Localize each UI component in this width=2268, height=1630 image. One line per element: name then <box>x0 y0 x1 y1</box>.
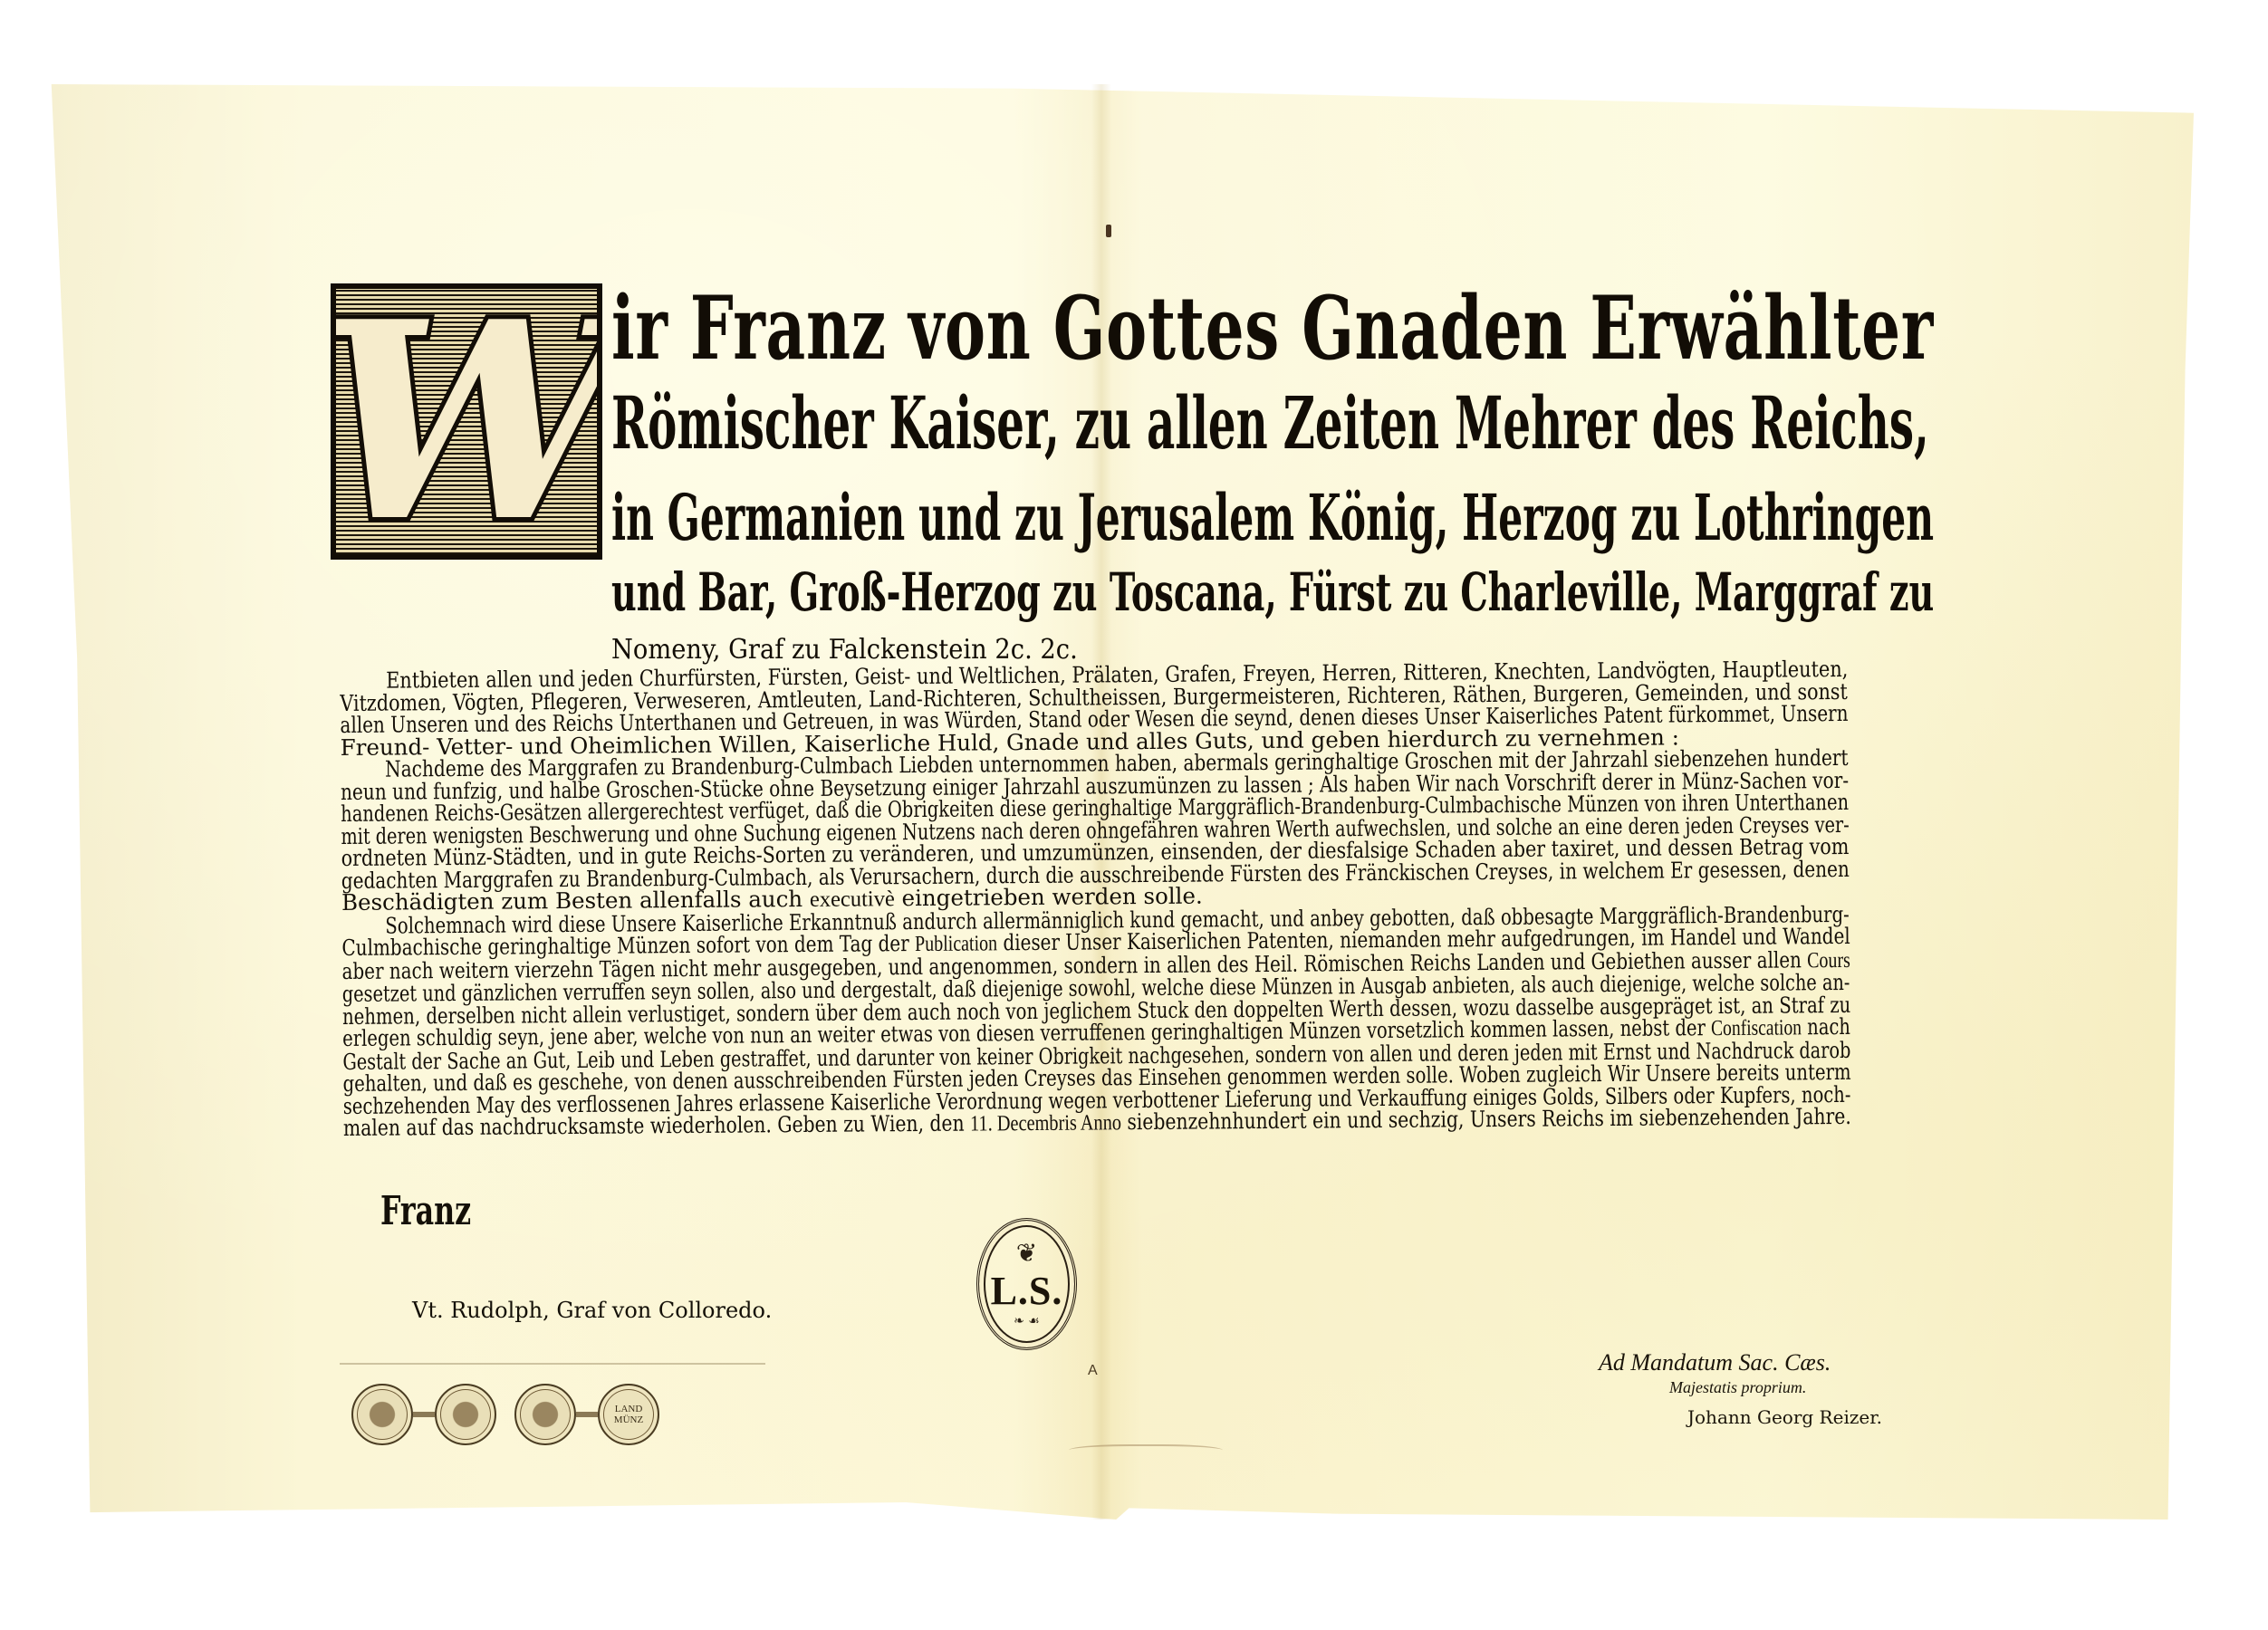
coin-connector <box>576 1412 598 1417</box>
title-line-5: Nomeny, Graf zu Falckenstein 2c. 2c. <box>611 634 1078 666</box>
center-marker: A <box>1088 1363 1098 1379</box>
ink-blemish <box>1106 225 1111 237</box>
seal-text: L.S. <box>991 1268 1063 1314</box>
latin-term: 11. Decembris Anno <box>970 1110 1121 1136</box>
mandate-line-1: Ad Mandatum Sac. Cæs. <box>1599 1349 1882 1376</box>
flourish-icon: ❦ <box>1016 1241 1037 1266</box>
paper-tear <box>1069 1444 1223 1459</box>
drop-cap-letter: W <box>331 286 602 558</box>
eagle-coin-icon <box>514 1384 576 1445</box>
title-line-3: in Germanien und zu Jerusalem König, Her… <box>611 480 1934 555</box>
emperor-signature: Franz <box>380 1188 471 1234</box>
title-line-1: ir Franz von Gottes Gnaden Erwählter <box>611 277 1934 379</box>
laurel-icon: ❧ ☙ <box>1014 1314 1040 1328</box>
crest-coin-icon <box>435 1384 496 1445</box>
coin-label: LAND MÜNZ <box>600 1404 658 1425</box>
mandate-block: Ad Mandatum Sac. Cæs. Majestatis propriu… <box>1599 1349 1882 1428</box>
title-line-4: und Bar, Groß-Herzog zu Toscana, Fürst z… <box>611 561 1934 623</box>
locus-sigilli-seal: ❦ L.S. ❧ ☙ <box>976 1218 1077 1350</box>
land-muenz-coin-icon: LAND MÜNZ <box>598 1384 659 1445</box>
proclamation-body: Entbieten allen und jeden Churfürsten, F… <box>340 658 1851 1141</box>
mandate-line-2: Majestatis proprium. <box>1669 1378 1882 1397</box>
eagle-coin-icon <box>351 1384 413 1445</box>
secretary-signature: Johann Georg Reizer. <box>1687 1406 1882 1428</box>
coin-connector <box>413 1412 435 1417</box>
coin-illustrations: LAND MÜNZ <box>351 1384 659 1445</box>
woodcut-drop-cap: W <box>331 283 602 560</box>
countersignature: Vt. Rudolph, Graf von Colloredo. <box>412 1298 772 1323</box>
title-line-2: Römischer Kaiser, zu allen Zeiten Mehrer… <box>611 380 1929 465</box>
